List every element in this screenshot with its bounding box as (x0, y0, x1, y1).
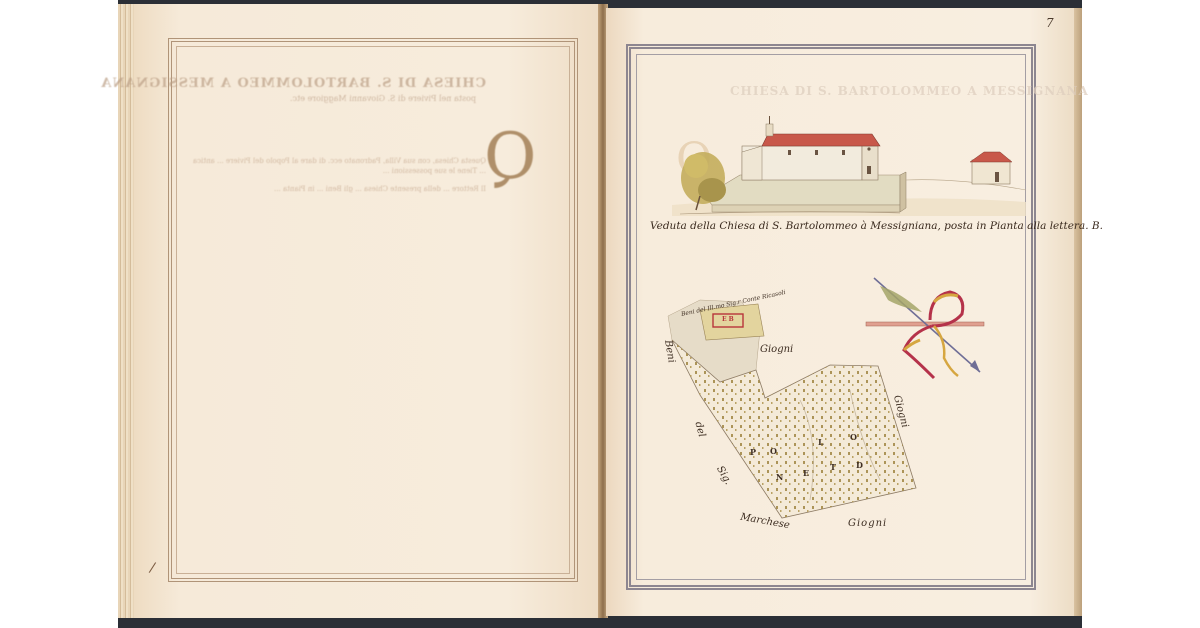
field-letter: L (818, 437, 824, 447)
map-label-upper-right: Giogni (760, 344, 793, 355)
estate-plan-map (0, 0, 1200, 628)
map-label-bottom-right: Giogni (848, 518, 887, 529)
field-letter: P (750, 447, 756, 457)
field-letter: T (830, 462, 836, 472)
field-letter: O (850, 432, 857, 442)
field-letter: N (776, 472, 783, 482)
map-label-building: E B (722, 316, 734, 323)
field-letter: E (803, 468, 809, 478)
field-letter: D (856, 460, 863, 470)
field-letter: O (770, 446, 777, 456)
